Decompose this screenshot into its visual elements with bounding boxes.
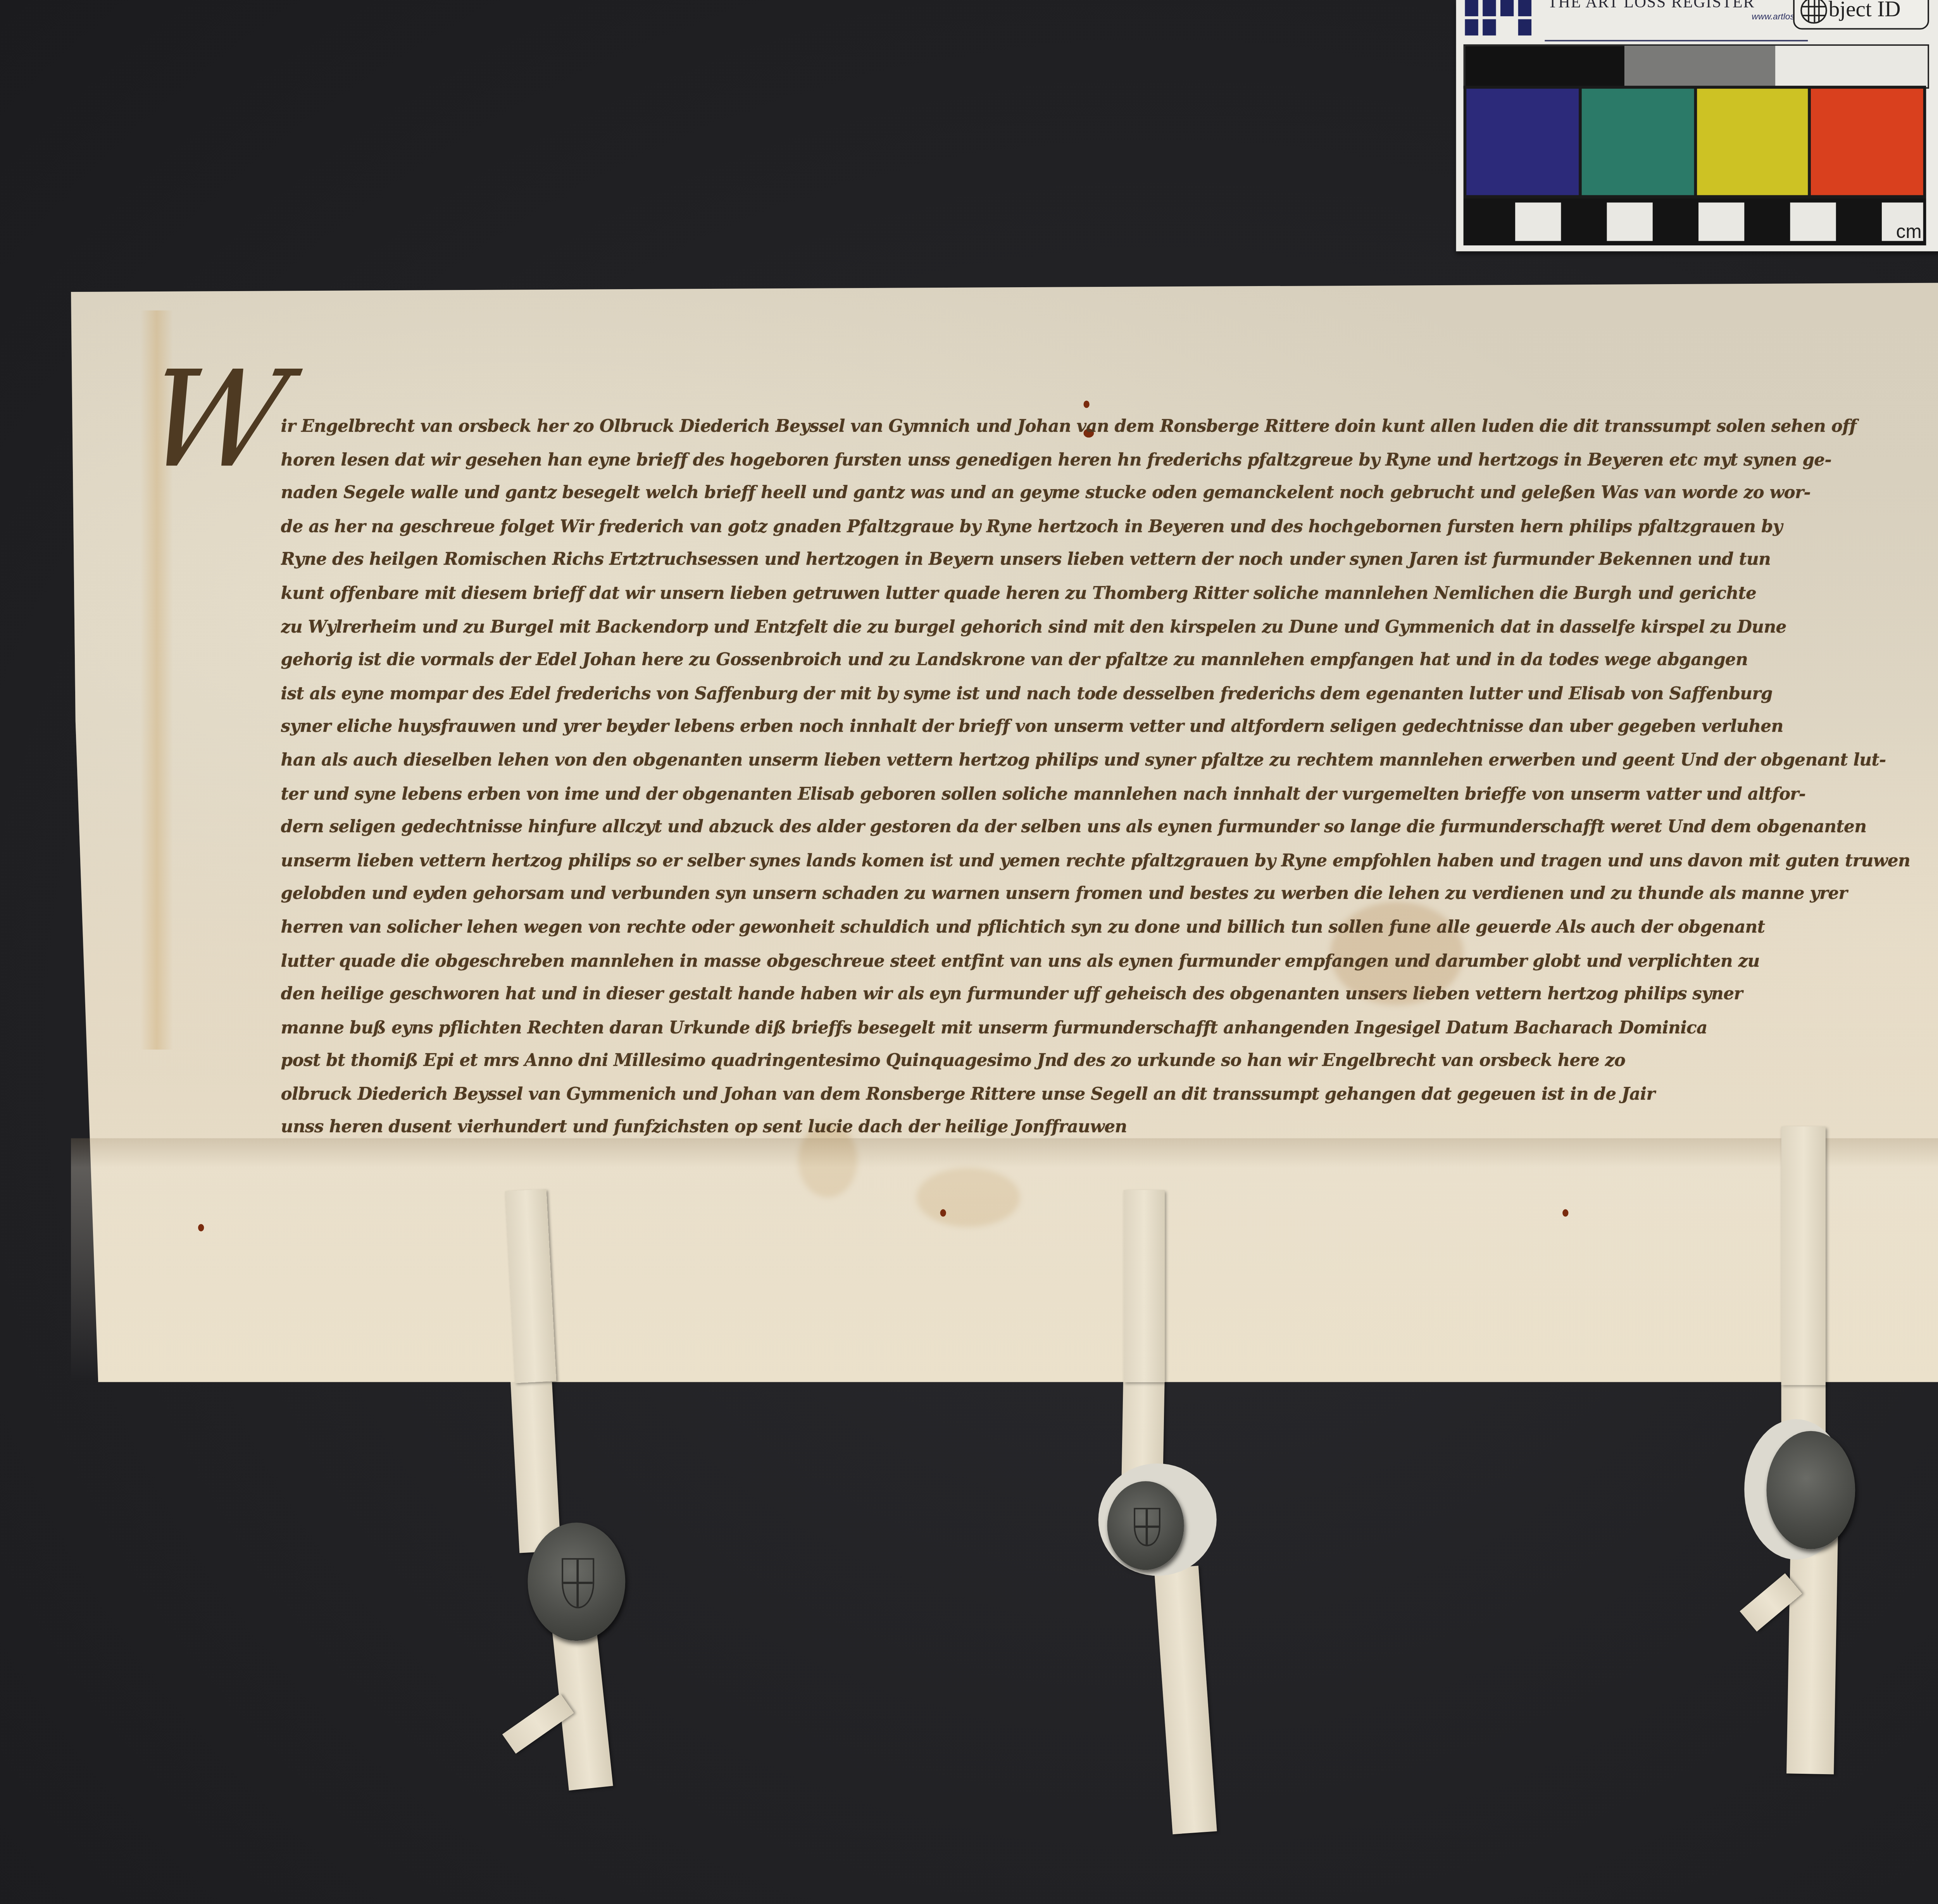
text-line: unserm lieben vettern hertzog philips so…: [281, 844, 1938, 877]
text-line: ir Engelbrecht van orsbeck her zo Olbruc…: [281, 409, 1938, 443]
decorated-initial: W: [136, 355, 296, 488]
pin-hole: [1562, 1209, 1568, 1217]
text-line: gehorig ist die vormals der Edel Johan h…: [281, 643, 1938, 677]
text-line: dern seligen gedechtnisse hinfure allczy…: [281, 810, 1938, 843]
object-id-label: bject ID: [1829, 0, 1901, 23]
shield-cross-icon: [1134, 1508, 1160, 1546]
pin-hole: [940, 1209, 946, 1217]
seal-tag-center-front: [1123, 1190, 1165, 1382]
wax-seal-left: [528, 1523, 626, 1641]
white-patch: [1776, 46, 1928, 87]
gray-scale-patches: [1464, 44, 1929, 88]
photograph-stage: THE ART LOSS REGISTER www.artloss.com bj…: [0, 0, 1938, 1904]
text-line: herren van solicher lehen wegen von rech…: [281, 911, 1938, 944]
text-line: Ryne des heilgen Romischen Richs Ertztru…: [281, 543, 1938, 576]
black-patch: [1465, 46, 1624, 87]
pin-hole: [198, 1224, 204, 1231]
object-id-badge: bject ID: [1793, 0, 1929, 29]
green-patch: [1581, 89, 1693, 195]
cm-scale-bar: cm: [1464, 198, 1926, 245]
wax-seal-right: [1766, 1431, 1855, 1549]
text-line: naden Segele walle und gantz besegelt we…: [281, 476, 1938, 510]
text-line: lutter quade die obgeschreben mannlehen …: [281, 944, 1938, 977]
text-line: syner eliche huysfrauwen und yrer beyder…: [281, 710, 1938, 743]
text-line: horen lesen dat wir gesehen han eyne bri…: [281, 443, 1938, 476]
text-line: olbruck Diederich Beyssel van Gymmenich …: [281, 1078, 1938, 1111]
text-line: manne buß eyns pflichten Rechten daran U…: [281, 1011, 1938, 1044]
text-line: zu Wylrerheim und zu Burgel mit Backendo…: [281, 610, 1938, 643]
shield-cross-icon: [562, 1558, 594, 1609]
divider: [1545, 40, 1808, 41]
yellow-patch: [1696, 89, 1808, 195]
text-line: gelobden und eyden gehorsam und verbunde…: [281, 877, 1938, 911]
brand-title: THE ART LOSS REGISTER: [1548, 0, 1755, 12]
wax-seal-center: [1107, 1481, 1184, 1570]
color-patches: [1464, 86, 1926, 198]
unit-label: cm: [1896, 220, 1922, 242]
text-line: post bt thomiß Epi et mrs Anno dni Mille…: [281, 1044, 1938, 1078]
gray-patch: [1624, 46, 1776, 87]
seal-tag-right-front: [1781, 1126, 1826, 1385]
seal-tag-right-tail: [1786, 1522, 1838, 1774]
text-line: kunt offenbare mit diesem brieff dat wir…: [281, 576, 1938, 610]
water-stain: [917, 1168, 1020, 1227]
text-line: han als auch dieselben lehen von den obg…: [281, 743, 1938, 777]
seal-tag-center-tail: [1154, 1566, 1217, 1834]
text-line: den heilige geschworen hat und in dieser…: [281, 977, 1938, 1011]
text-line: unss heren dusent vierhundert und funfzi…: [281, 1111, 1938, 1144]
text-line: ter und syne lebens erben von ime und de…: [281, 777, 1938, 810]
text-line: ist als eyne mompar des Edel frederichs …: [281, 677, 1938, 710]
blue-patch: [1466, 89, 1578, 195]
color-calibration-card: THE ART LOSS REGISTER www.artloss.com bj…: [1456, 0, 1938, 251]
text-line: de as her na geschreue folget Wir freder…: [281, 510, 1938, 543]
pin-hole: [1084, 401, 1090, 408]
charter-text: ir Engelbrecht van orsbeck her zo Olbruc…: [281, 409, 1938, 1144]
art-loss-register-logo-icon: [1465, 0, 1539, 44]
globe-icon: [1800, 0, 1827, 24]
red-patch: [1811, 89, 1923, 195]
